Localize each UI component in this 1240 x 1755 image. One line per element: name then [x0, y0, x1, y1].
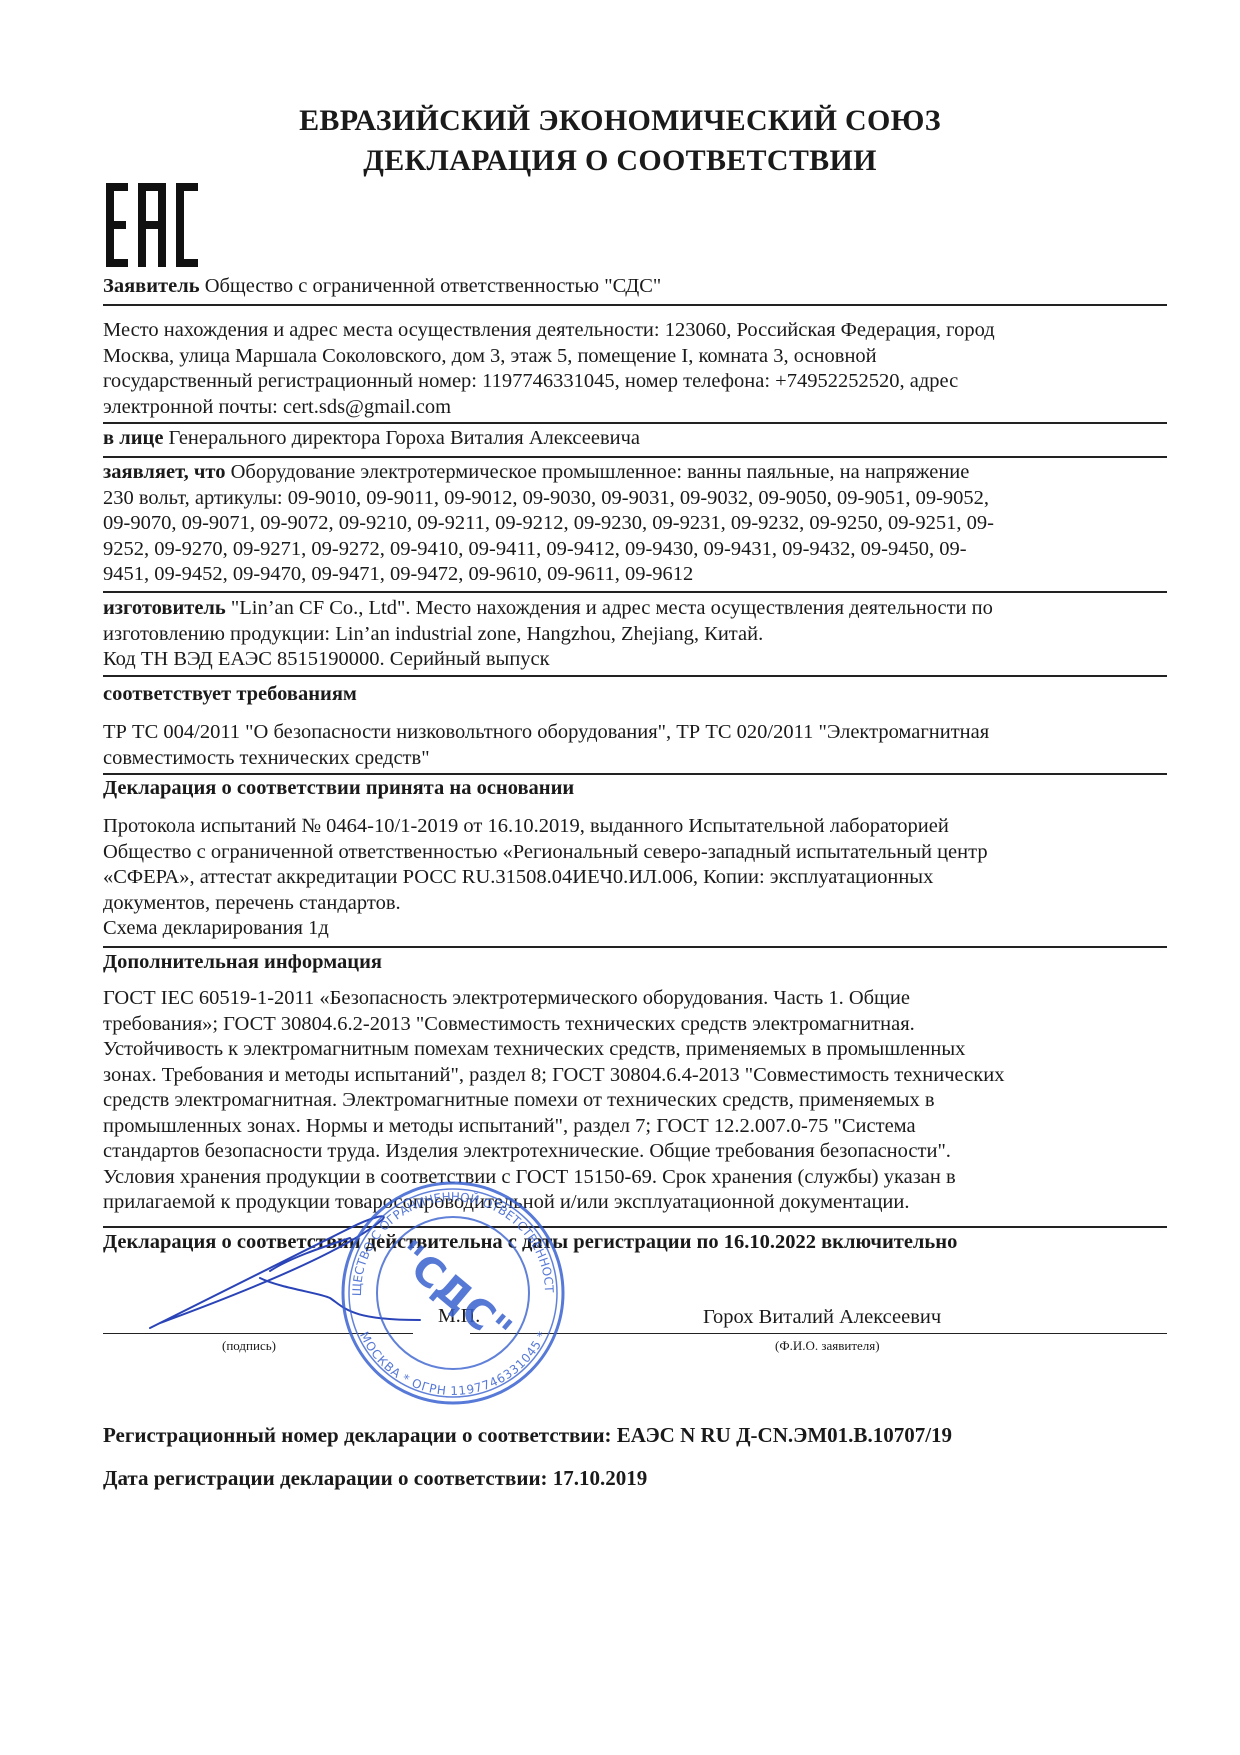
- additional-line: промышленных зонах. Нормы и методы испыт…: [103, 1114, 1167, 1140]
- additional-line: стандартов безопасности труда. Изделия э…: [103, 1139, 1167, 1165]
- manufacturer-label: изготовитель: [103, 597, 226, 619]
- name-caption: (Ф.И.О. заявителя): [775, 1338, 880, 1354]
- address-block: Место нахождения и адрес места осуществл…: [103, 318, 1167, 420]
- stamp-ring-bottom: МОСКВА * ОГРН 1197746331045 *: [357, 1329, 549, 1398]
- declares-line: 230 вольт, артикулы: 09-9010, 09-9011, 0…: [103, 486, 1167, 512]
- represented-by-row: в лице Генерального директора Гороха Вит…: [103, 426, 1167, 452]
- seal-label: М.П.: [438, 1305, 480, 1328]
- divider: [103, 1226, 1167, 1228]
- registration-date: Дата регистрации декларации о соответств…: [103, 1466, 1167, 1492]
- name-line: [470, 1333, 1167, 1334]
- manufacturer-block: изготовитель "Lin’an CF Co., Ltd". Место…: [103, 596, 1167, 673]
- applicant-value: Общество с ограниченной ответственностью…: [205, 275, 662, 297]
- complies-heading: соответствует требованиям: [103, 682, 1167, 708]
- divider: [103, 422, 1167, 424]
- declares-block: заявляет, что Оборудование электротермич…: [103, 460, 1167, 588]
- additional-line: прилагаемой к продукции товаросопроводит…: [103, 1190, 1167, 1216]
- additional-line: ГОСТ IEC 60519-1-2011 «Безопасность элек…: [103, 986, 1167, 1012]
- address-line: Москва, улица Маршала Соколовского, дом …: [103, 344, 1167, 370]
- basis-line: Общество с ограниченной ответственностью…: [103, 840, 1167, 866]
- eac-mark-icon: [104, 183, 200, 267]
- manufacturer-line: "Lin’an CF Co., Ltd". Место нахождения и…: [231, 597, 993, 619]
- divider: [103, 591, 1167, 593]
- registration-number: Регистрационный номер декларации о соотв…: [103, 1423, 1167, 1449]
- additional-line: средств электромагнитная. Электромагнитн…: [103, 1088, 1167, 1114]
- declares-label: заявляет, что: [103, 461, 225, 483]
- complies-block: ТР ТС 004/2011 "О безопасности низковоль…: [103, 720, 1167, 771]
- address-line: Место нахождения и адрес места осуществл…: [103, 318, 1167, 344]
- divider: [103, 675, 1167, 677]
- svg-text:МОСКВА * ОГРН 1197746331045 *: МОСКВА * ОГРН 1197746331045 *: [357, 1329, 549, 1398]
- address-line: электронной почты: cert.sds@gmail.com: [103, 395, 1167, 421]
- basis-line: Протокола испытаний № 0464-10/1-2019 от …: [103, 814, 1167, 840]
- union-title: ЕВРАЗИЙСКИЙ ЭКОНОМИЧЕСКИЙ СОЮЗ: [0, 104, 1240, 138]
- signature-caption: (подпись): [222, 1338, 276, 1354]
- manufacturer-line: изготовлению продукции: Lin’an industria…: [103, 622, 1167, 648]
- divider: [103, 304, 1167, 306]
- divider: [103, 456, 1167, 458]
- applicant-row: Заявитель Общество с ограниченной ответс…: [103, 274, 1167, 300]
- represented-by-value: Генерального директора Гороха Виталия Ал…: [169, 427, 640, 449]
- additional-block: ГОСТ IEC 60519-1-2011 «Безопасность элек…: [103, 986, 1167, 1216]
- additional-line: Условия хранения продукции в соответстви…: [103, 1165, 1167, 1191]
- additional-line: зонах. Требования и методы испытаний", р…: [103, 1063, 1167, 1089]
- basis-line: «СФЕРА», аттестат аккредитации РОСС RU.3…: [103, 865, 1167, 891]
- basis-heading: Декларация о соответствии принята на осн…: [103, 776, 1167, 802]
- validity-statement: Декларация о соответствии действительна …: [103, 1230, 1167, 1256]
- applicant-label: Заявитель: [103, 275, 200, 297]
- handwritten-signature: [120, 1210, 450, 1330]
- declares-line: 09-9070, 09-9071, 09-9072, 09-9210, 09-9…: [103, 511, 1167, 537]
- declares-line: 9451, 09-9452, 09-9470, 09-9471, 09-9472…: [103, 562, 1167, 588]
- address-line: государственный регистрационный номер: 1…: [103, 369, 1167, 395]
- basis-line: документов, перечень стандартов.: [103, 891, 1167, 917]
- document-title: ДЕКЛАРАЦИЯ О СООТВЕТСТВИИ: [0, 144, 1240, 178]
- declares-line: Оборудование электротермическое промышле…: [231, 461, 970, 483]
- declaration-scheme: Схема декларирования 1д: [103, 916, 1167, 942]
- complies-line: совместимость технических средств": [103, 746, 1167, 772]
- signature-line: [103, 1333, 413, 1334]
- divider: [103, 773, 1167, 775]
- additional-line: Устойчивость к электромагнитным помехам …: [103, 1037, 1167, 1063]
- declaration-page: ЕВРАЗИЙСКИЙ ЭКОНОМИЧЕСКИЙ СОЮЗ ДЕКЛАРАЦИ…: [0, 0, 1240, 1755]
- complies-line: ТР ТС 004/2011 "О безопасности низковоль…: [103, 720, 1167, 746]
- divider: [103, 946, 1167, 948]
- represented-by-label: в лице: [103, 427, 163, 449]
- applicant-name: Горох Виталий Алексеевич: [703, 1306, 941, 1329]
- additional-line: требования»; ГОСТ 30804.6.2-2013 "Совмес…: [103, 1012, 1167, 1038]
- additional-heading: Дополнительная информация: [103, 950, 1167, 976]
- tn-ved-code: Код ТН ВЭД ЕАЭС 8515190000. Серийный вып…: [103, 647, 1167, 673]
- basis-block: Протокола испытаний № 0464-10/1-2019 от …: [103, 814, 1167, 942]
- declares-line: 9252, 09-9270, 09-9271, 09-9272, 09-9410…: [103, 537, 1167, 563]
